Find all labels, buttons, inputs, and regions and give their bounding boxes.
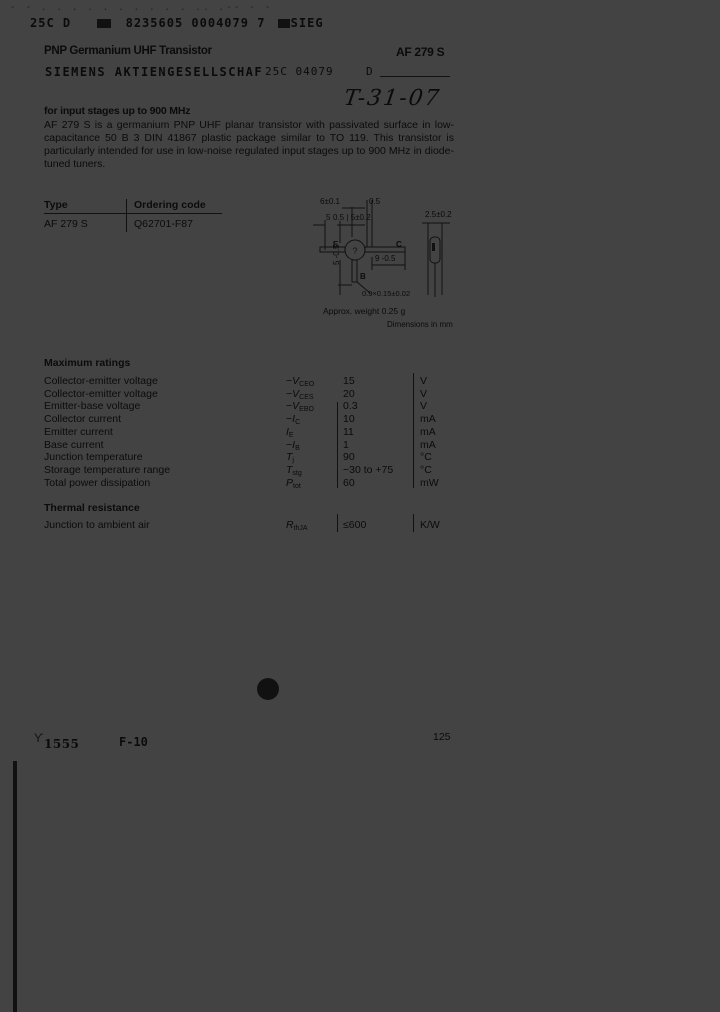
- param-value: 15: [343, 375, 355, 387]
- param-name: Collector-emitter voltage: [44, 388, 158, 400]
- lead-label-c: C: [396, 240, 402, 249]
- subtitle: for input stages up to 900 MHz: [44, 105, 190, 117]
- scan-edge-bar: [13, 761, 17, 1012]
- table-column-rule: [126, 199, 127, 232]
- param-unit: K/W: [420, 519, 440, 531]
- param-symbol: Ptot: [286, 477, 301, 490]
- param-value: 0.3: [343, 400, 358, 412]
- lead-label-b: B: [360, 272, 366, 281]
- thermal-column-rule: [337, 514, 338, 532]
- barcode-block: [97, 19, 111, 28]
- table-header-type: Type: [44, 199, 68, 211]
- param-unit: mA: [420, 413, 436, 425]
- param-value: 10: [343, 413, 355, 425]
- dim-left-lead: 5: [326, 213, 330, 222]
- ratings-column-rule: [337, 402, 338, 488]
- header-code-middle: 8235605 0004079 7: [126, 16, 266, 30]
- dimensions-note: Dimensions in mm: [387, 320, 453, 329]
- scan-noise: - - . . . . . . . . . . .. .-- - -: [10, 2, 272, 13]
- param-value: −30 to +75: [343, 464, 393, 476]
- param-name: Junction temperature: [44, 451, 143, 463]
- handwritten-mark: ϒ: [34, 731, 43, 745]
- header-code: 25C D 8235605 0004079 7 SIEG: [30, 16, 324, 30]
- param-symbol: −VCES: [286, 388, 314, 401]
- barcode-block: [278, 19, 290, 28]
- param-name: Emitter-base voltage: [44, 400, 140, 412]
- param-name: Total power dissipation: [44, 477, 150, 489]
- param-unit: V: [420, 400, 427, 412]
- dim-body-width: 0.5 | 5±0.2: [333, 213, 371, 222]
- dim-right: 9 -0.5: [375, 254, 395, 263]
- param-symbol: −VCEO: [286, 375, 314, 388]
- page-number: 125: [433, 731, 451, 743]
- dim-side-width: 2.5±0.2: [425, 210, 452, 219]
- param-value: 1: [343, 439, 349, 451]
- handwritten-note: T-31-07: [342, 86, 442, 111]
- thermal-heading: Thermal resistance: [44, 502, 140, 514]
- ratings-column-rule: [413, 373, 414, 488]
- param-name: Emitter current: [44, 426, 113, 438]
- param-symbol: −IB: [286, 439, 300, 452]
- param-symbol: Tj: [286, 451, 294, 464]
- dim-bottom: 5 -0.5: [332, 245, 341, 265]
- description: AF 279 S is a germanium PNP UHF planar t…: [44, 119, 454, 171]
- dim-top-small: 0.5: [369, 197, 380, 206]
- param-unit: V: [420, 375, 427, 387]
- param-value: 11: [343, 426, 354, 438]
- param-unit: mA: [420, 439, 436, 451]
- header-code-right: SIEG: [291, 16, 324, 30]
- punch-hole: [257, 678, 279, 700]
- max-ratings-heading: Maximum ratings: [44, 357, 130, 369]
- param-value: ≤600: [343, 519, 366, 531]
- part-number: AF 279 S: [396, 45, 444, 59]
- param-symbol: IE: [286, 426, 294, 439]
- footer-left-number: 1555: [44, 737, 79, 751]
- header-code-left: 25C D: [30, 16, 71, 30]
- table-header-ordering-code: Ordering code: [134, 199, 206, 211]
- param-symbol: −VEBO: [286, 400, 314, 413]
- param-name: Base current: [44, 439, 104, 451]
- param-unit: V: [420, 388, 427, 400]
- page-title: PNP Germanium UHF Transistor: [44, 45, 212, 57]
- thermal-column-rule: [413, 514, 414, 532]
- param-symbol: RthJA: [286, 519, 308, 532]
- company-suffix: D: [366, 65, 373, 78]
- param-name: Collector current: [44, 413, 121, 425]
- param-unit: °C: [420, 451, 432, 463]
- param-unit: °C: [420, 464, 432, 476]
- param-name: Collector-emitter voltage: [44, 375, 158, 387]
- svg-text:?: ?: [352, 246, 357, 256]
- footer-code: F-10: [119, 735, 148, 749]
- company-name: SIEMENS AKTIENGESELLSCHAF: [45, 65, 263, 79]
- param-value: 20: [343, 388, 355, 400]
- param-name: Storage temperature range: [44, 464, 170, 476]
- dim-lead: 0.9×0.15±0.02: [362, 289, 410, 298]
- table-cell-ordering-code: Q62701-F87: [134, 218, 193, 230]
- param-name: Junction to ambient air: [44, 519, 150, 531]
- signature-line: [380, 76, 450, 77]
- package-weight: Approx. weight 0.25 g: [323, 306, 405, 316]
- param-value: 90: [343, 451, 355, 463]
- param-symbol: Tstg: [286, 464, 302, 477]
- param-unit: mA: [420, 426, 436, 438]
- company-code: 25C 04079: [265, 65, 334, 78]
- table-header-rule: [44, 213, 222, 214]
- table-cell-type: AF 279 S: [44, 218, 88, 230]
- param-symbol: −IC: [286, 413, 300, 426]
- param-unit: mW: [420, 477, 439, 489]
- param-value: 60: [343, 477, 355, 489]
- dim-top-width: 6±0.1: [320, 197, 340, 206]
